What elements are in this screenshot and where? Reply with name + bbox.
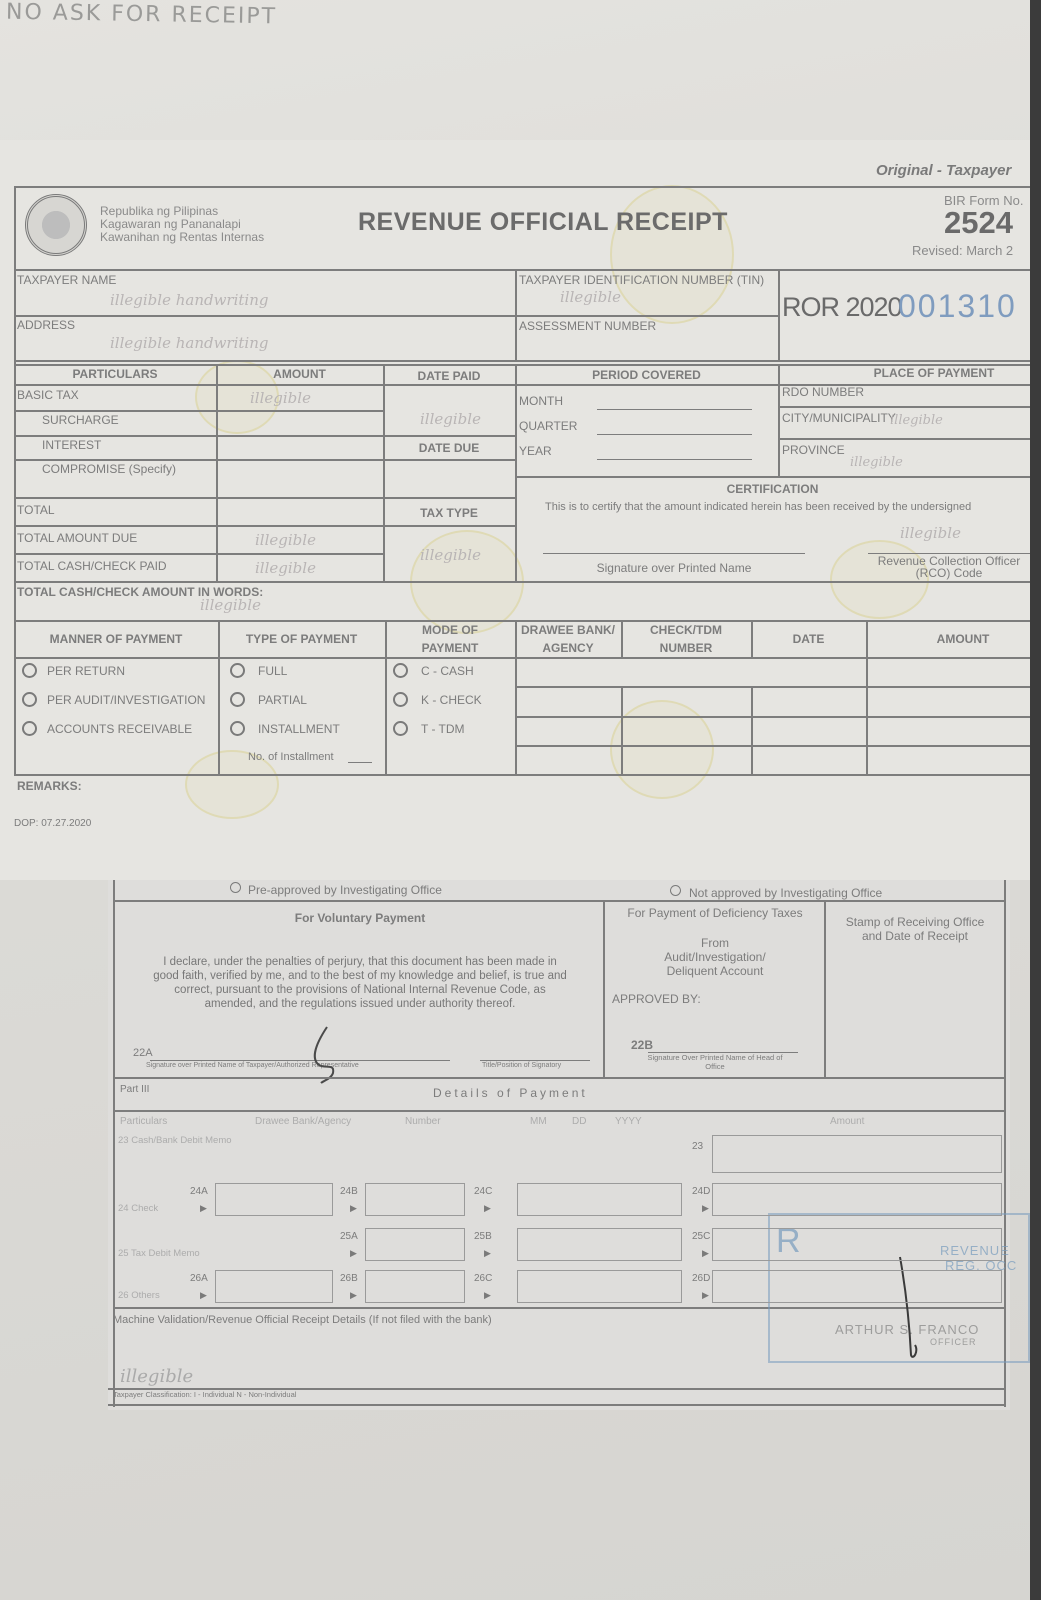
details-amount-box[interactable] <box>712 1135 1002 1173</box>
arrow-icon: ▶ <box>702 1290 709 1301</box>
date-header: DATE <box>751 632 866 646</box>
item-22b: 22B <box>631 1038 653 1052</box>
pre-approved-radio[interactable] <box>230 882 241 893</box>
details-input-box[interactable] <box>517 1270 682 1303</box>
amount-header: AMOUNT <box>216 367 383 381</box>
particulars-row: TOTAL CASH/CHECK PAID <box>17 559 167 573</box>
period-field-label: YEAR <box>519 444 552 458</box>
amount-in-words-value: illegible <box>200 596 261 614</box>
details-item-label: 26D <box>692 1273 710 1284</box>
period-field-label: QUARTER <box>519 419 577 433</box>
remarks-label: REMARKS: <box>17 779 82 793</box>
arrow-icon: ▶ <box>200 1203 207 1214</box>
manner-radio[interactable] <box>22 692 37 707</box>
machine-validation-label: Machine Validation/Revenue Official Rece… <box>113 1314 492 1326</box>
signature-label: Signature over Printed Name <box>543 561 805 575</box>
particulars-row: INTEREST <box>42 438 101 452</box>
details-column-header: Number <box>405 1116 441 1127</box>
check-header-2: NUMBER <box>621 641 751 655</box>
arrow-icon: ▶ <box>702 1203 709 1214</box>
details-item-label: 26C <box>474 1273 492 1284</box>
manner-radio[interactable] <box>22 721 37 736</box>
details-input-box[interactable] <box>215 1270 333 1303</box>
check-header-1: CHECK/TDM <box>621 623 751 637</box>
place-field-label: RDO NUMBER <box>782 385 864 399</box>
bir-seal-icon <box>25 194 87 256</box>
particulars-row: BASIC TAX <box>17 388 79 402</box>
total-cash-paid-value: illegible <box>255 559 316 577</box>
details-column-header: Amount <box>830 1116 864 1127</box>
photo-edge <box>1030 0 1041 1600</box>
place-field-label: CITY/MUNICIPALITY <box>782 411 896 425</box>
mode-radio[interactable] <box>393 692 408 707</box>
city-value: illegible <box>890 413 943 428</box>
particulars-header: PARTICULARS <box>14 367 216 381</box>
tin-value: illegible <box>560 288 621 306</box>
details-column-header: Drawee Bank/Agency <box>255 1116 351 1127</box>
tax-type-label: TAX TYPE <box>383 506 515 520</box>
details-input-box[interactable] <box>712 1183 1002 1216</box>
details-row-label: 26 Others <box>118 1290 160 1301</box>
period-covered-header: PERIOD COVERED <box>515 368 778 382</box>
details-item-label: 24B <box>340 1186 358 1197</box>
deficiency-title: For Payment of Deficiency Taxes <box>608 906 822 920</box>
place-of-payment-header: PLACE OF PAYMENT <box>778 366 1030 380</box>
receipt-number: 001310 <box>898 288 1017 325</box>
arrow-icon: ▶ <box>350 1203 357 1214</box>
taxpayer-signature <box>305 1025 345 1085</box>
mode-option-label: C - CASH <box>421 664 474 678</box>
type-option-label: FULL <box>258 664 287 678</box>
arrow-icon: ▶ <box>702 1248 709 1259</box>
total-amount-due-value: illegible <box>255 531 316 549</box>
arrow-icon: ▶ <box>350 1248 357 1259</box>
dop-label: DOP: 07.27.2020 <box>14 818 91 829</box>
particulars-row: TOTAL <box>17 503 55 517</box>
province-value: illegible <box>850 455 903 470</box>
deficiency-sub: From Audit/Investigation/ Deliquent Acco… <box>650 936 780 978</box>
details-input-box[interactable] <box>215 1183 333 1216</box>
mode-header-2: PAYMENT <box>385 641 515 655</box>
assessment-number-label: ASSESSMENT NUMBER <box>519 319 656 333</box>
manner-radio[interactable] <box>22 663 37 678</box>
agency-line-3: Kawanihan ng Rentas Internas <box>100 231 264 244</box>
details-item-label: 24D <box>692 1186 710 1197</box>
address-label: ADDRESS <box>17 318 75 332</box>
tin-label: TAXPAYER IDENTIFICATION NUMBER (TIN) <box>519 273 764 287</box>
taxpayer-classification: Taxpayer Classification: I - Individual … <box>113 1390 296 1399</box>
receipt-prefix: ROR 2020 <box>782 292 902 323</box>
rco-code-label: (RCO) Code <box>868 566 1030 580</box>
certification-header: CERTIFICATION <box>515 482 1030 496</box>
handwritten-note: NO ASK FOR RECEIPT <box>6 0 277 29</box>
details-column-header: Particulars <box>120 1116 167 1127</box>
manner-header: MANNER OF PAYMENT <box>14 632 218 646</box>
arrow-icon: ▶ <box>484 1248 491 1259</box>
taxpayer-name-value: illegible handwriting <box>110 291 268 309</box>
approved-by-label: APPROVED BY: <box>612 992 701 1006</box>
particulars-row: SURCHARGE <box>42 413 119 427</box>
mode-option-label: T - TDM <box>421 722 465 736</box>
manner-option-label: PER RETURN <box>47 664 125 678</box>
details-input-box[interactable] <box>365 1228 465 1261</box>
page-title: REVENUE OFFICIAL RECEIPT <box>358 208 728 237</box>
type-radio[interactable] <box>230 663 245 678</box>
details-row-label: 25 Tax Debit Memo <box>118 1248 200 1259</box>
mode-radio[interactable] <box>393 721 408 736</box>
type-header: TYPE OF PAYMENT <box>218 632 385 646</box>
details-input-box[interactable] <box>365 1183 465 1216</box>
machine-validation-handwriting: illegible <box>120 1366 193 1387</box>
date-due-label: DATE DUE <box>383 441 515 455</box>
details-item-label: 26A <box>190 1273 208 1284</box>
pre-approved-label: Pre-approved by Investigating Office <box>248 883 442 897</box>
manner-option-label: ACCOUNTS RECEIVABLE <box>47 722 192 736</box>
particulars-row: TOTAL AMOUNT DUE <box>17 531 137 545</box>
form-number: 2524 <box>944 205 1013 241</box>
details-column-header: MM <box>530 1116 547 1127</box>
part-iii-label: Part III <box>120 1084 149 1095</box>
agency-name: Republika ng Pilipinas Kagawaran ng Pana… <box>100 205 264 244</box>
taxpayer-name-label: TAXPAYER NAME <box>17 273 116 287</box>
type-radio[interactable] <box>230 692 245 707</box>
details-input-box[interactable] <box>517 1228 682 1261</box>
voluntary-payment-title: For Voluntary Payment <box>240 911 480 925</box>
type-option-label: INSTALLMENT <box>258 722 340 736</box>
address-value: illegible handwriting <box>110 334 268 352</box>
arrow-icon: ▶ <box>200 1290 207 1301</box>
details-row-label: 24 Check <box>118 1203 158 1214</box>
details-column-header: DD <box>572 1116 586 1127</box>
period-field-input[interactable] <box>597 409 752 410</box>
details-item-label: 25A <box>340 1231 358 1242</box>
date-paid-value: illegible <box>420 410 481 428</box>
period-field-input[interactable] <box>597 434 752 435</box>
mode-radio[interactable] <box>393 663 408 678</box>
type-radio[interactable] <box>230 721 245 736</box>
details-item-label: 23 <box>692 1141 703 1152</box>
revised-date: Revised: March 2 <box>912 243 1013 258</box>
period-field-input[interactable] <box>597 459 752 460</box>
bank-header-2: AGENCY <box>515 641 621 655</box>
arrow-icon: ▶ <box>350 1290 357 1301</box>
details-input-box[interactable] <box>712 1228 1002 1261</box>
details-input-box[interactable] <box>517 1183 682 1216</box>
details-item-label: 25C <box>692 1231 710 1242</box>
item-22a: 22A <box>133 1047 153 1059</box>
declaration-text: I declare, under the penalties of perjur… <box>150 955 570 1011</box>
type-option-label: PARTIAL <box>258 693 307 707</box>
not-approved-radio[interactable] <box>670 885 681 896</box>
date-paid-header: DATE PAID <box>383 369 515 383</box>
tax-type-value: illegible <box>420 546 481 564</box>
installment-count-label: No. of Installment <box>248 751 334 763</box>
details-item-label: 24C <box>474 1186 492 1197</box>
particulars-row: COMPROMISE (Specify) <box>42 462 176 476</box>
not-approved-label: Not approved by Investigating Office <box>689 886 882 900</box>
stamp-receiving-label: Stamp of Receiving Office and Date of Re… <box>845 915 985 943</box>
details-item-label: 25B <box>474 1231 492 1242</box>
received-stamp-officer-title: OFFICER <box>930 1337 977 1347</box>
details-item-label: 24A <box>190 1186 208 1197</box>
manner-option-label: PER AUDIT/INVESTIGATION <box>47 693 205 707</box>
details-input-box[interactable] <box>712 1270 1002 1303</box>
mode-header-1: MODE OF <box>385 623 515 637</box>
certification-text: This is to certify that the amount indic… <box>545 501 971 513</box>
rco-code-value: illegible <box>900 524 961 542</box>
details-column-header: YYYY <box>615 1116 642 1127</box>
details-item-label: 26B <box>340 1273 358 1284</box>
arrow-icon: ▶ <box>484 1203 491 1214</box>
period-field-label: MONTH <box>519 394 563 408</box>
copy-label: Original - Taxpayer <box>876 162 1011 179</box>
title-position-label: Title/Position of Signatory <box>482 1062 561 1069</box>
sig-head-label: Signature Over Printed Name of Head of O… <box>640 1053 790 1071</box>
details-row-label: 23 Cash/Bank Debit Memo <box>118 1135 232 1146</box>
mode-option-label: K - CHECK <box>421 693 482 707</box>
basic-tax-amount: illegible <box>250 389 311 407</box>
amount-header-2: AMOUNT <box>866 632 1030 646</box>
details-of-payment-title: Details of Payment <box>433 1086 588 1100</box>
details-input-box[interactable] <box>365 1270 465 1303</box>
bank-header-1: DRAWEE BANK/ <box>515 623 621 637</box>
arrow-icon: ▶ <box>484 1290 491 1301</box>
place-field-label: PROVINCE <box>782 443 845 457</box>
